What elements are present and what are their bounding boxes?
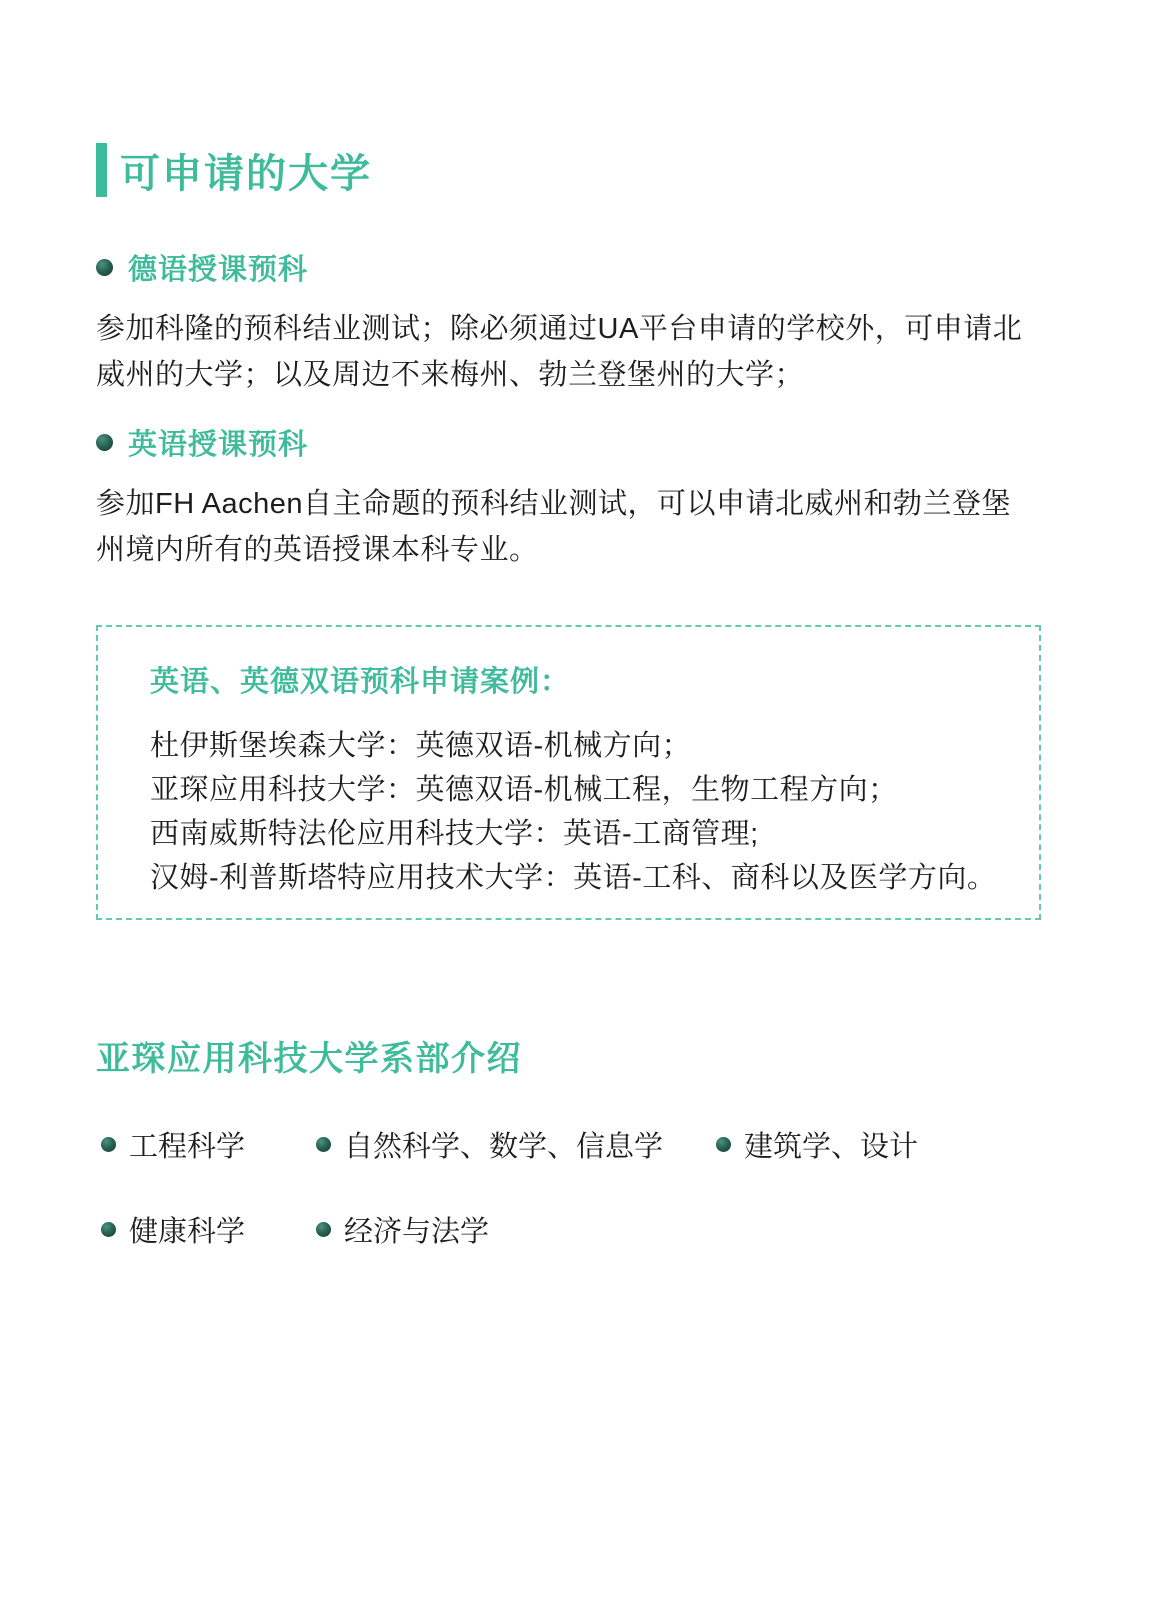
- bullet-dot-icon: [96, 434, 113, 451]
- case-box-list: 杜伊斯堡埃森大学：英德双语-机械方向； 亚琛应用科技大学：英德双语-机械工程，生…: [150, 724, 1009, 900]
- paragraph-german-track: 参加科隆的预科结业测试；除必须通过UA平台申请的学校外，可申请北威州的大学；以及…: [96, 306, 1036, 398]
- case-item: 西南威斯特法伦应用科技大学：英语-工商管理;: [150, 812, 1009, 856]
- bullet-dot-icon: [101, 1222, 116, 1237]
- bullet-dot-icon: [316, 1137, 331, 1152]
- department-item: 经济与法学: [316, 1209, 716, 1250]
- bullet-dot-icon: [96, 259, 113, 276]
- department-item: 建筑学、设计: [716, 1124, 1071, 1165]
- page-title: 可申请的大学: [96, 143, 1171, 197]
- department-item: 健康科学: [101, 1209, 316, 1250]
- page-title-text: 可申请的大学: [120, 142, 372, 199]
- subsection-english-track: 英语授课预科: [96, 422, 1171, 463]
- subsection-german-track: 德语授课预科: [96, 247, 1171, 288]
- departments-heading: 亚琛应用科技大学系部介绍: [96, 1031, 1171, 1080]
- departments-list: 工程科学 自然科学、数学、信息学 建筑学、设计 健康科学 经济与法学: [101, 1124, 1071, 1250]
- department-label: 自然科学、数学、信息学: [344, 1124, 663, 1165]
- paragraph-english-track: 参加FH Aachen自主命题的预科结业测试，可以申请北威州和勃兰登堡州境内所有…: [96, 481, 1036, 573]
- case-box-title: 英语、英德双语预科申请案例：: [150, 659, 1009, 700]
- subsection-heading: 德语授课预科: [128, 247, 308, 288]
- document-page: 可申请的大学 德语授课预科 参加科隆的预科结业测试；除必须通过UA平台申请的学校…: [0, 0, 1171, 1250]
- department-label: 建筑学、设计: [744, 1124, 918, 1165]
- title-accent-bar: [96, 143, 107, 197]
- bullet-dot-icon: [316, 1222, 331, 1237]
- department-label: 健康科学: [129, 1209, 245, 1250]
- case-item: 杜伊斯堡埃森大学：英德双语-机械方向；: [150, 724, 1009, 768]
- case-item: 汉姆-利普斯塔特应用技术大学：英语-工科、商科以及医学方向。: [150, 856, 1009, 900]
- case-examples-box: 英语、英德双语预科申请案例： 杜伊斯堡埃森大学：英德双语-机械方向； 亚琛应用科…: [96, 625, 1041, 920]
- department-label: 工程科学: [129, 1124, 245, 1165]
- case-item: 亚琛应用科技大学：英德双语-机械工程，生物工程方向；: [150, 768, 1009, 812]
- department-item: 自然科学、数学、信息学: [316, 1124, 716, 1165]
- bullet-dot-icon: [716, 1137, 731, 1152]
- department-item: 工程科学: [101, 1124, 316, 1165]
- subsection-heading: 英语授课预科: [128, 422, 308, 463]
- department-label: 经济与法学: [344, 1209, 489, 1250]
- bullet-dot-icon: [101, 1137, 116, 1152]
